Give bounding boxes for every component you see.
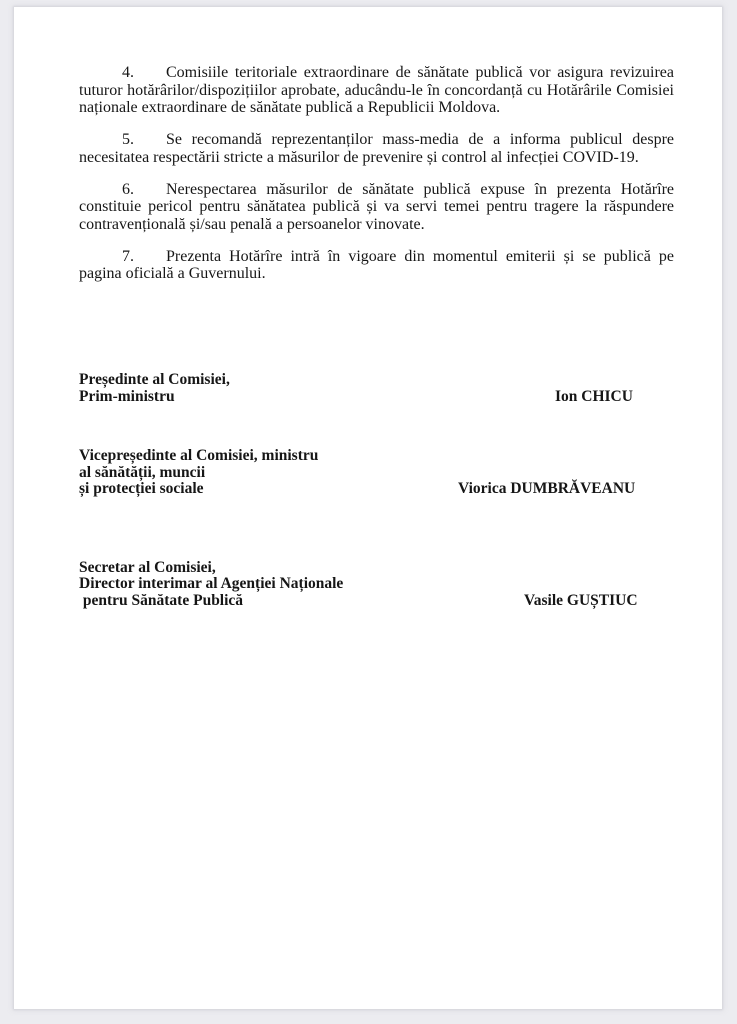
role-line: Secretar al Comisiei, — [79, 560, 674, 577]
signature-president: Președinte al Comisiei, Prim-ministru Io… — [79, 372, 674, 405]
paragraph-6: 6.Nerespectarea măsurilor de sănătate pu… — [79, 181, 674, 234]
paragraph-4: 4.Comisiile teritoriale extraordinare de… — [79, 64, 674, 117]
signature-secretary: Secretar al Comisiei, Director interimar… — [79, 560, 674, 610]
paragraph-5: 5.Se recomandă reprezentanților mass-med… — [79, 131, 674, 166]
role-line: al sănătății, muncii — [79, 465, 674, 482]
paragraph-text: Se recomandă reprezentanților mass-media… — [79, 131, 674, 166]
paragraph-number: 5. — [122, 131, 166, 149]
paragraph-text: Comisiile teritoriale extraordinare de s… — [79, 64, 674, 116]
signature-section: Președinte al Comisiei, Prim-ministru Io… — [79, 372, 674, 609]
document-body: 4.Comisiile teritoriale extraordinare de… — [79, 64, 674, 297]
paragraph-number: 7. — [122, 248, 166, 266]
paragraph-7: 7.Prezenta Hotărîre intră în vigoare din… — [79, 248, 674, 283]
role-line: Președinte al Comisiei, — [79, 372, 674, 389]
document-page: 4.Comisiile teritoriale extraordinare de… — [14, 7, 722, 1009]
role-line: Vicepreședinte al Comisiei, ministru — [79, 448, 674, 465]
signatory-name: Ion CHICU — [555, 389, 633, 406]
paragraph-number: 4. — [122, 64, 166, 82]
signature-vice-president: Vicepreședinte al Comisiei, ministru al … — [79, 448, 674, 498]
paragraph-text: Nerespectarea măsurilor de sănătate publ… — [79, 181, 674, 233]
signatory-name: Viorica DUMBRĂVEANU — [458, 481, 635, 498]
signatory-name: Vasile GUȘTIUC — [524, 593, 638, 610]
role-line: Director interimar al Agenției Naționale — [79, 576, 674, 593]
paragraph-number: 6. — [122, 181, 166, 199]
paragraph-text: Prezenta Hotărîre intră în vigoare din m… — [79, 248, 674, 283]
